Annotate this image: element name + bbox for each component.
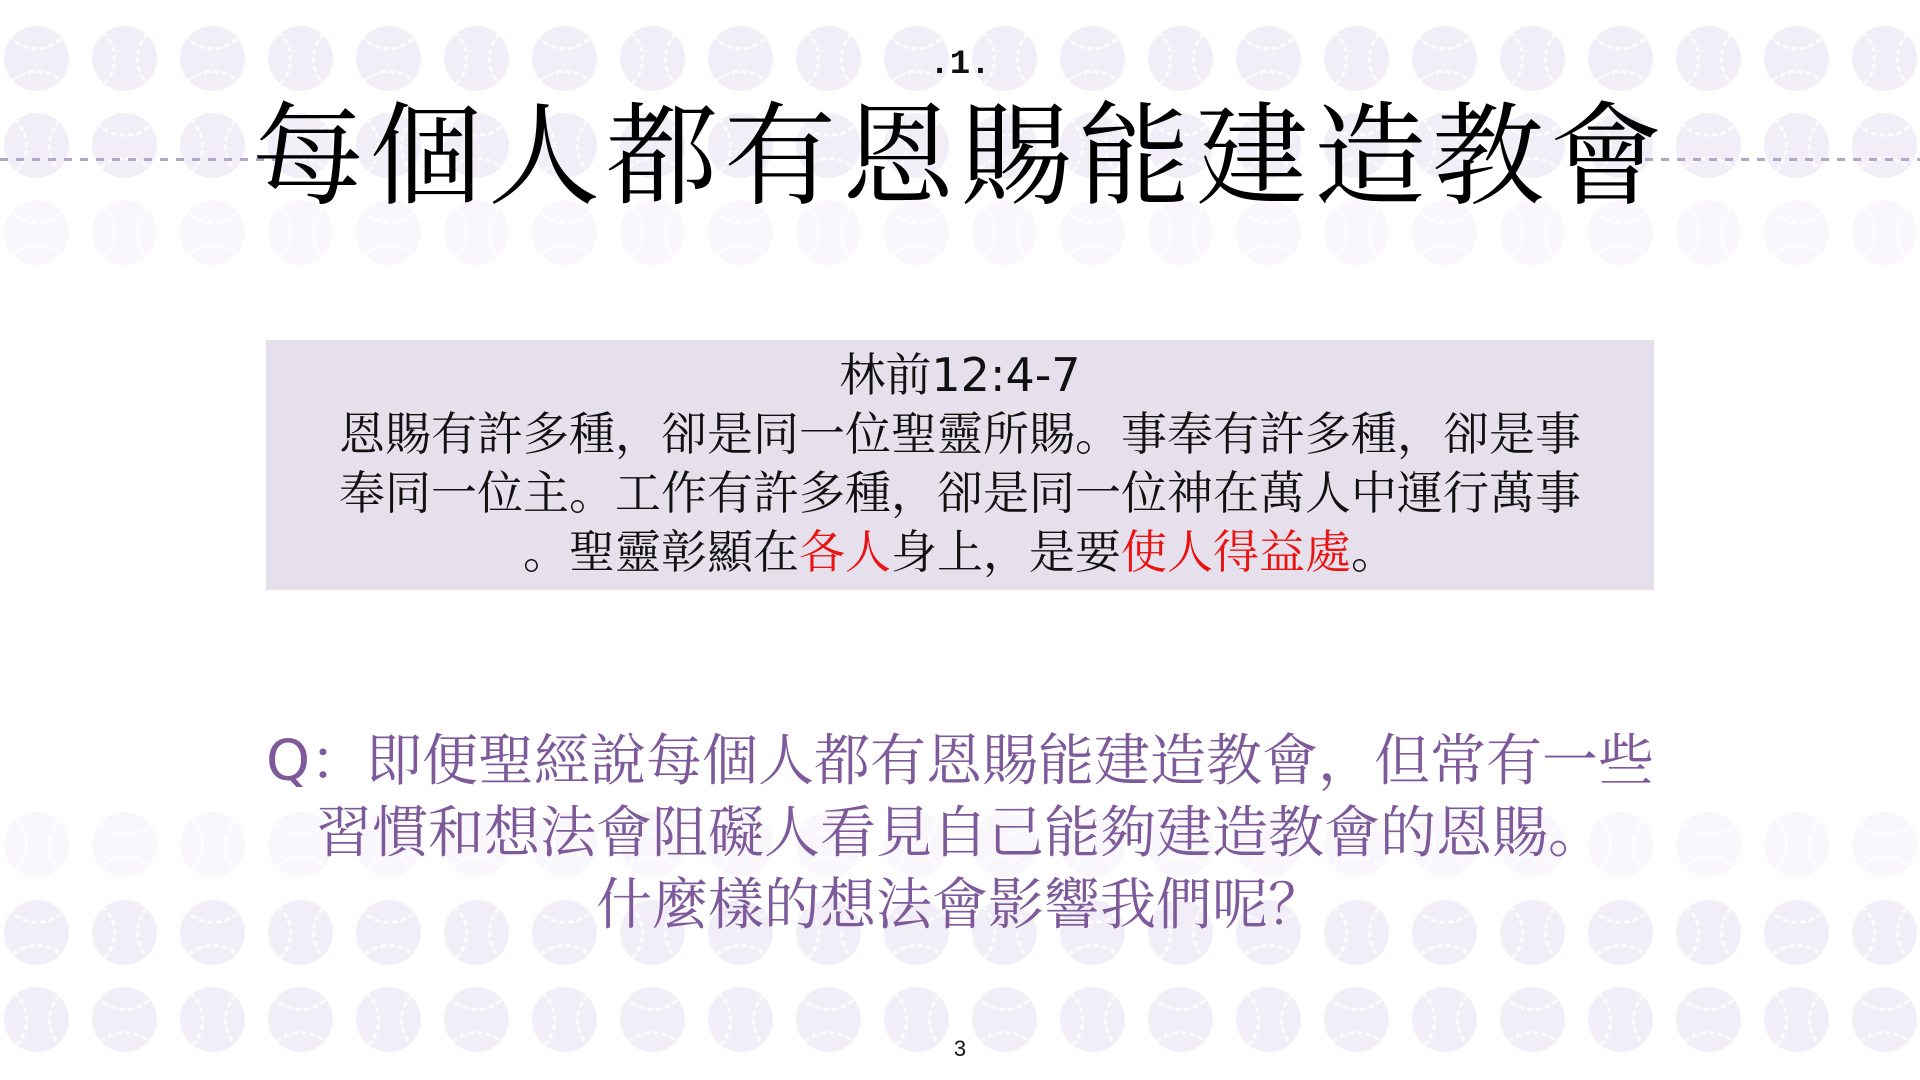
- scripture-highlight: 各人: [799, 525, 891, 579]
- scripture-text: 身上，是要: [891, 525, 1121, 579]
- slide-title: 每個人都有恩賜能建造教會: [0, 92, 1920, 222]
- scripture-line: 奉同一位主。工作有許多種，卻是同一位神在萬人中運行萬事: [266, 464, 1654, 523]
- scripture-reference: 林前12:4-7: [266, 346, 1654, 405]
- scripture-text: 奉同一位主。工作有許多種，卻是同一位神在萬人中運行萬事: [339, 466, 1581, 520]
- question-line: Q：即便聖經說每個人都有恩賜能建造教會，但常有一些: [0, 726, 1920, 798]
- scripture-line: 。聖靈彰顯在各人身上，是要使人得益處。: [266, 523, 1654, 582]
- scripture-text: 恩賜有許多種，卻是同一位聖靈所賜。事奉有許多種，卻是事: [339, 407, 1581, 461]
- scripture-text: 。: [1351, 525, 1397, 579]
- question-line: 什麼樣的想法會影響我們呢？: [0, 870, 1920, 942]
- page-number: 3: [0, 1036, 1920, 1062]
- scripture-line: 恩賜有許多種，卻是同一位聖靈所賜。事奉有許多種，卻是事: [266, 405, 1654, 464]
- scripture-box: 林前12:4-7 恩賜有許多種，卻是同一位聖靈所賜。事奉有許多種，卻是事 奉同一…: [266, 340, 1654, 590]
- scripture-highlight: 使人得益處: [1121, 525, 1351, 579]
- scripture-text: 。聖靈彰顯在: [523, 525, 799, 579]
- question-line: 習慣和想法會阻礙人看見自己能夠建造教會的恩賜。: [0, 798, 1920, 870]
- section-marker: .1.: [0, 46, 1920, 84]
- discussion-question: Q：即便聖經說每個人都有恩賜能建造教會，但常有一些 習慣和想法會阻礙人看見自己能…: [0, 726, 1920, 942]
